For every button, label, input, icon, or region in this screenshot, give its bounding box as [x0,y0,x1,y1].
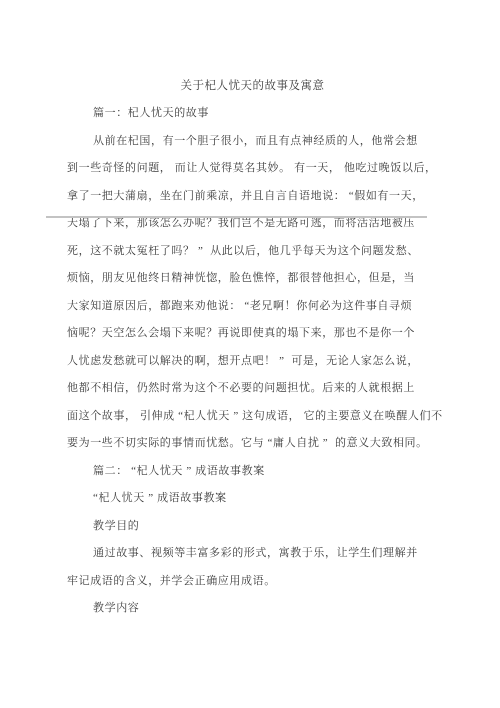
text-line: 人忧虑发愁就可以解决的啊，想开点吧！ ” 可是，无论人家怎么说， [67,348,438,376]
text-line: 从前在杞国，有一个胆子很小，而且有点神经质的人，他常会想 [67,128,438,156]
page-break-divider [46,216,427,218]
text-line: 面这个故事， 引伸成 “杞人忧天 ” 这句成语， 它的主要意义在唤醒人们不 [67,403,438,431]
document-content: 关于杞人忧天的故事及寓意 篇一：杞人忧天的故事从前在杞国，有一个胆子很小，而且有… [67,0,438,623]
text-line: 天塌了下来，那该怎么办呢？我们岂不是无路可逃，而将活活地被压 [67,210,438,238]
text-line: 教学目的 [67,513,438,541]
text-line: 他都不相信，仍然时常为这个不必要的问题担忧。后来的人就根据上 [67,375,438,403]
text-line: 死，这不就太冤枉了吗？ ” 从此以后，他几乎每天为这个问题发愁、 [67,238,438,266]
body-text: 篇一：杞人忧天的故事从前在杞国，有一个胆子很小，而且有点神经质的人，他常会想到一… [67,100,438,623]
text-line: 篇一：杞人忧天的故事 [67,100,438,128]
text-line: 牢记成语的含义，并学会正确应用成语。 [67,568,438,596]
text-line: 要为一些不切实际的事情而忧愁。它与 “庸人自扰 ” 的意义大致相同。 [67,430,438,458]
text-line: 篇二： “杞人忧天 ” 成语故事教案 [67,458,438,486]
page-title: 关于杞人忧天的故事及寓意 [67,73,438,100]
text-line: 拿了一把大蒲扇，坐在门前乘凉，并且自言自语地说： “假如有一天， [67,183,438,211]
text-line: 到一些奇怪的问题， 而让人觉得莫名其妙。 有一天， 他吃过晚饭以后， [67,155,438,183]
text-line: 烦恼，朋友见他终日精神恍惚，脸色憔悴，都很替他担心，但是，当 [67,265,438,293]
document-page: 关于杞人忧天的故事及寓意 篇一：杞人忧天的故事从前在杞国，有一个胆子很小，而且有… [0,0,500,708]
text-line: “杞人忧天 ” 成语故事教案 [67,485,438,513]
text-line: 教学内容 [67,595,438,623]
text-line: 大家知道原因后，都跑来劝他说： “老兄啊！你何必为这件事自寻烦 [67,293,438,321]
text-line: 通过故事、视频等丰富多彩的形式，寓教于乐，让学生们理解并 [67,540,438,568]
text-line: 恼呢？天空怎么会塌下来呢？再说即使真的塌下来，那也不是你一个 [67,320,438,348]
